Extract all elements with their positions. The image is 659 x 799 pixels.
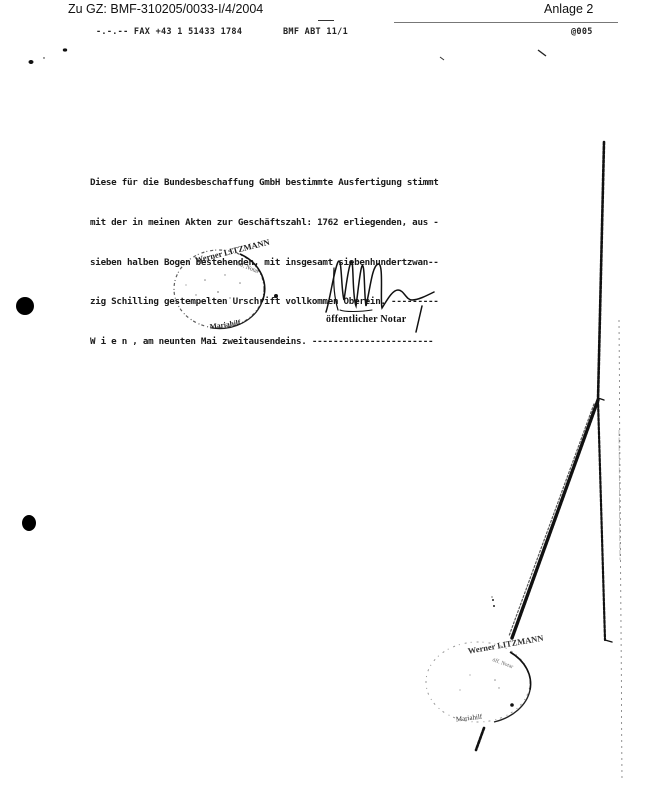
fax-header-page: @005: [571, 27, 593, 37]
attestation-line: zig Schilling gestempelten Urschrift vol…: [90, 295, 530, 308]
seal-lower-inner-text: öff. Notar: [491, 656, 514, 670]
attestation-line: Diese für die Bundesbeschaffung GmbH bes…: [90, 176, 530, 189]
seal-lower-top-text: Werner LITZMANN: [467, 632, 545, 655]
attachment-label: Anlage 2: [544, 2, 593, 16]
reference-number: Zu GZ: BMF-310205/0033-I/4/2004: [68, 2, 263, 16]
scan-artwork: öffentlicher Notar Werner LITZMANN öff. …: [0, 0, 659, 799]
hole-punch-icon: [16, 297, 34, 315]
notary-seal-lower-icon: [426, 642, 531, 722]
fax-header-number: -.-.-- FAX +43 1 51433 1784: [96, 27, 242, 37]
header-rule: [394, 22, 618, 23]
hole-punch-icon: [22, 515, 36, 531]
attestation-text: Diese für die Bundesbeschaffung GmbH bes…: [90, 150, 530, 361]
attestation-line: mit der in meinen Akten zur Geschäftszah…: [90, 216, 530, 229]
attestation-line: sieben halben Bogen bestehenden, mit ins…: [90, 256, 530, 269]
edge-dotted-line: [619, 320, 622, 780]
header-rule-short: [318, 20, 334, 21]
fax-header-department: BMF ABT 11/1: [283, 27, 348, 37]
scan-speck-icon: [29, 48, 547, 64]
attestation-line: W i e n , am neunten Mai zweitausendeins…: [90, 335, 530, 348]
seal-lower-bottom-text: Mariahilf: [455, 713, 483, 724]
